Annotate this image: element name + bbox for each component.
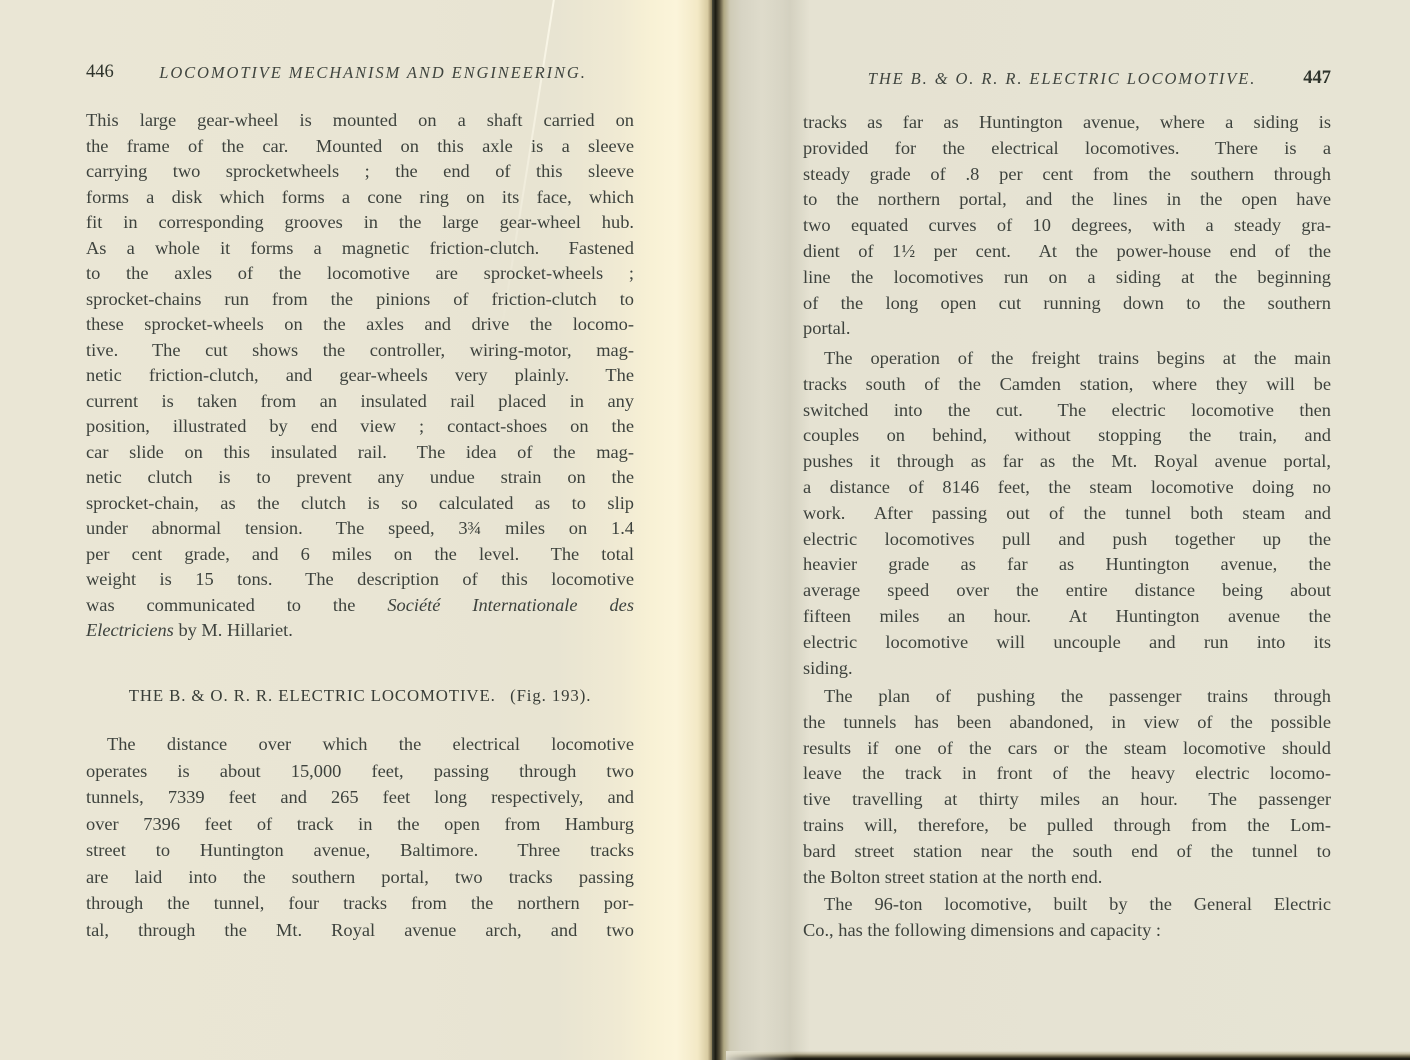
- text-segment: siding.: [803, 658, 853, 678]
- text-segment: The 96-ton locomotive, built by the Gene…: [824, 894, 1331, 914]
- text-line: to the northern portal, and the lines in…: [803, 187, 1331, 213]
- text-segment: line the locomotives run on a siding at …: [803, 267, 1331, 287]
- text-segment: the Bolton street station at the north e…: [803, 867, 1102, 887]
- text-line: weight is 15 tons. The description of th…: [86, 567, 634, 593]
- text-segment: the frame of the car. Mounted on this ax…: [86, 136, 634, 156]
- text-line: these sprocket-wheels on the axles and d…: [86, 312, 634, 338]
- text-segment: through the tunnel, four tracks from the…: [86, 893, 634, 913]
- text-segment: sprocket-chain, as the clutch is so calc…: [86, 493, 634, 513]
- text-segment: tracks south of the Camden station, wher…: [803, 374, 1331, 394]
- text-line: the tunnels has been abandoned, in view …: [803, 710, 1331, 736]
- text-line: tal, through the Mt. Royal avenue arch, …: [86, 917, 634, 944]
- running-header-right-title: THE B. & O. R. R. ELECTRIC LOCOMOTIVE.: [868, 69, 1256, 88]
- text-line: trains will, therefore, be pulled throug…: [803, 813, 1331, 839]
- text-segment: tunnels, 7339 feet and 265 feet long res…: [86, 787, 634, 807]
- text-segment: street to Huntington avenue, Baltimore. …: [86, 840, 634, 860]
- text-segment: average speed over the entire distance b…: [803, 580, 1331, 600]
- text-segment: over 7396 feet of track in the open from…: [86, 814, 634, 834]
- text-line: work. After passing out of the tunnel bo…: [803, 501, 1331, 527]
- text-line: switched into the cut. The electric loco…: [803, 398, 1331, 424]
- text-segment: forms a disk which forms a cone ring on …: [86, 187, 634, 207]
- page-bottom-edge-shadow: [726, 1051, 1410, 1060]
- page-number-left: 446: [86, 62, 114, 83]
- text-line: bard street station near the south end o…: [803, 839, 1331, 865]
- text-segment: operates is about 15,000 feet, passing t…: [86, 761, 634, 781]
- text-line: tive travelling at thirty miles an hour.…: [803, 787, 1331, 813]
- text-segment: are laid into the southern portal, two t…: [86, 867, 634, 887]
- text-segment: heavier grade as far as Huntington avenu…: [803, 554, 1331, 574]
- text-segment: these sprocket-wheels on the axles and d…: [86, 314, 634, 334]
- text-line: pushes it through as far as the Mt. Roya…: [803, 449, 1331, 475]
- text-segment: The plan of pushing the passenger trains…: [824, 686, 1331, 706]
- book-spread-scan: 446 LOCOMOTIVE MECHANISM AND ENGINEERING…: [0, 0, 1410, 1060]
- text-line: leave the track in front of the heavy el…: [803, 761, 1331, 787]
- text-line: portal.: [803, 316, 1331, 342]
- text-line: The plan of pushing the passenger trains…: [803, 684, 1331, 710]
- text-segment: position, illustrated by end view ; cont…: [86, 416, 634, 436]
- text-line: provided for the electrical locomotives.…: [803, 136, 1331, 162]
- text-line: steady grade of .8 per cent from the sou…: [803, 162, 1331, 188]
- text-segment: sprocket-chains run from the pinions of …: [86, 289, 634, 309]
- text-line: As a whole it forms a magnetic friction-…: [86, 236, 634, 262]
- text-line: operates is about 15,000 feet, passing t…: [86, 758, 634, 785]
- text-segment: the tunnels has been abandoned, in view …: [803, 712, 1331, 732]
- text-line: fit in corresponding grooves in the larg…: [86, 210, 634, 236]
- text-line: current is taken from an insulated rail …: [86, 389, 634, 415]
- text-line: was communicated to the Société Internat…: [86, 593, 634, 619]
- text-line: car slide on this insulated rail. The id…: [86, 440, 634, 466]
- text-segment: of the long open cut running down to the…: [803, 293, 1331, 313]
- text-line: per cent grade, and 6 miles on the level…: [86, 542, 634, 568]
- paragraph-passenger-plan: The plan of pushing the passenger trains…: [803, 684, 1331, 890]
- text-line: carrying two sprocketwheels ; the end of…: [86, 159, 634, 185]
- text-line: netic friction-clutch, and gear-wheels v…: [86, 363, 634, 389]
- page-number-right: 447: [1303, 68, 1331, 89]
- text-line: dient of 1½ per cent. At the power-house…: [803, 239, 1331, 265]
- text-segment: trains will, therefore, be pulled throug…: [803, 815, 1331, 835]
- text-segment: results if one of the cars or the steam …: [803, 738, 1331, 758]
- text-segment: work. After passing out of the tunnel bo…: [803, 503, 1331, 523]
- text-segment: per cent grade, and 6 miles on the level…: [86, 544, 634, 564]
- section-heading: THE B. & O. R. R. ELECTRIC LOCOMOTIVE. (…: [86, 686, 634, 706]
- paragraph-freight-operation: The operation of the freight trains begi…: [803, 346, 1331, 681]
- text-segment: As a whole it forms a magnetic friction-…: [86, 238, 634, 258]
- text-segment: tracks as far as Huntington avenue, wher…: [803, 112, 1331, 132]
- text-segment: steady grade of .8 per cent from the sou…: [803, 164, 1331, 184]
- text-line: electric locomotive will uncouple and ru…: [803, 630, 1331, 656]
- text-line: fifteen miles an hour. At Huntington ave…: [803, 604, 1331, 630]
- text-segment: dient of 1½ per cent. At the power-house…: [803, 241, 1331, 261]
- text-line: the frame of the car. Mounted on this ax…: [86, 134, 634, 160]
- text-segment: tive travelling at thirty miles an hour.…: [803, 789, 1331, 809]
- text-segment: to the northern portal, and the lines in…: [803, 189, 1331, 209]
- text-segment: Co., has the following dimensions and ca…: [803, 920, 1161, 940]
- text-segment: electric locomotive will uncouple and ru…: [803, 632, 1331, 652]
- text-segment: electric locomotives pull and push toget…: [803, 529, 1331, 549]
- text-segment: fifteen miles an hour. At Huntington ave…: [803, 606, 1331, 626]
- text-segment: netic friction-clutch, and gear-wheels v…: [86, 365, 634, 385]
- text-line: The distance over which the electrical l…: [86, 731, 634, 758]
- running-header-left: 446 LOCOMOTIVE MECHANISM AND ENGINEERING…: [86, 63, 634, 83]
- running-header-right: THE B. & O. R. R. ELECTRIC LOCOMOTIVE. 4…: [803, 69, 1331, 89]
- text-line: tracks south of the Camden station, wher…: [803, 372, 1331, 398]
- text-segment: car slide on this insulated rail. The id…: [86, 442, 634, 462]
- paragraph-tracks: tracks as far as Huntington avenue, wher…: [803, 110, 1331, 342]
- text-line: results if one of the cars or the steam …: [803, 736, 1331, 762]
- text-segment: netic clutch is to prevent any undue str…: [86, 467, 634, 487]
- text-line: The operation of the freight trains begi…: [803, 346, 1331, 372]
- running-header-left-title: LOCOMOTIVE MECHANISM AND ENGINEERING.: [159, 63, 586, 82]
- text-segment: two equated curves of 10 degrees, with a…: [803, 215, 1331, 235]
- italic-text: Société Internationale des: [387, 595, 634, 615]
- text-line: forms a disk which forms a cone ring on …: [86, 185, 634, 211]
- text-line: the Bolton street station at the north e…: [803, 865, 1331, 891]
- text-line: a distance of 8146 feet, the steam locom…: [803, 475, 1331, 501]
- page-bottom-edge-fade: [726, 1051, 796, 1060]
- text-segment: leave the track in front of the heavy el…: [803, 763, 1331, 783]
- text-line: street to Huntington avenue, Baltimore. …: [86, 837, 634, 864]
- text-line: Electriciens by M. Hillariet.: [86, 618, 634, 644]
- text-segment: by M. Hillariet.: [174, 620, 293, 640]
- text-line: two equated curves of 10 degrees, with a…: [803, 213, 1331, 239]
- paragraph-96-ton: The 96-ton locomotive, built by the Gene…: [803, 892, 1331, 944]
- text-line: sprocket-chains run from the pinions of …: [86, 287, 634, 313]
- text-segment: The distance over which the electrical l…: [107, 734, 634, 754]
- text-segment: portal.: [803, 318, 851, 338]
- text-segment: was communicated to the: [86, 595, 387, 615]
- text-segment: to the axles of the locomotive are sproc…: [86, 263, 634, 283]
- text-segment: tal, through the Mt. Royal avenue arch, …: [86, 920, 634, 940]
- text-line: electric locomotives pull and push toget…: [803, 527, 1331, 553]
- text-segment: under abnormal tension. The speed, 3¾ mi…: [86, 518, 634, 538]
- text-line: tunnels, 7339 feet and 265 feet long res…: [86, 784, 634, 811]
- paragraph-distance: The distance over which the electrical l…: [86, 731, 634, 943]
- text-segment: The operation of the freight trains begi…: [824, 348, 1331, 368]
- text-line: of the long open cut running down to the…: [803, 291, 1331, 317]
- text-line: heavier grade as far as Huntington avenu…: [803, 552, 1331, 578]
- text-line: Co., has the following dimensions and ca…: [803, 918, 1331, 944]
- text-line: netic clutch is to prevent any undue str…: [86, 465, 634, 491]
- text-segment: bard street station near the south end o…: [803, 841, 1331, 861]
- text-line: tracks as far as Huntington avenue, wher…: [803, 110, 1331, 136]
- text-line: to the axles of the locomotive are sproc…: [86, 261, 634, 287]
- text-segment: weight is 15 tons. The description of th…: [86, 569, 634, 589]
- text-segment: a distance of 8146 feet, the steam locom…: [803, 477, 1331, 497]
- text-segment: carrying two sprocketwheels ; the end of…: [86, 161, 634, 181]
- text-segment: current is taken from an insulated rail …: [86, 391, 634, 411]
- text-line: line the locomotives run on a siding at …: [803, 265, 1331, 291]
- paragraph-gear-wheel: This large gear-wheel is mounted on a sh…: [86, 108, 634, 644]
- text-segment: This large gear-wheel is mounted on a sh…: [86, 110, 634, 130]
- text-segment: fit in corresponding grooves in the larg…: [86, 212, 634, 232]
- text-line: position, illustrated by end view ; cont…: [86, 414, 634, 440]
- text-segment: couples on behind, without stopping the …: [803, 425, 1331, 445]
- text-line: couples on behind, without stopping the …: [803, 423, 1331, 449]
- text-line: The 96-ton locomotive, built by the Gene…: [803, 892, 1331, 918]
- text-line: are laid into the southern portal, two t…: [86, 864, 634, 891]
- text-line: tive. The cut shows the controller, wiri…: [86, 338, 634, 364]
- text-line: under abnormal tension. The speed, 3¾ mi…: [86, 516, 634, 542]
- text-segment: switched into the cut. The electric loco…: [803, 400, 1331, 420]
- text-line: through the tunnel, four tracks from the…: [86, 890, 634, 917]
- text-line: average speed over the entire distance b…: [803, 578, 1331, 604]
- text-line: sprocket-chain, as the clutch is so calc…: [86, 491, 634, 517]
- text-segment: tive. The cut shows the controller, wiri…: [86, 340, 634, 360]
- text-line: This large gear-wheel is mounted on a sh…: [86, 108, 634, 134]
- text-line: siding.: [803, 656, 1331, 682]
- text-line: over 7396 feet of track in the open from…: [86, 811, 634, 838]
- italic-text: Electriciens: [86, 620, 174, 640]
- text-segment: pushes it through as far as the Mt. Roya…: [803, 451, 1331, 471]
- text-segment: provided for the electrical locomotives.…: [803, 138, 1331, 158]
